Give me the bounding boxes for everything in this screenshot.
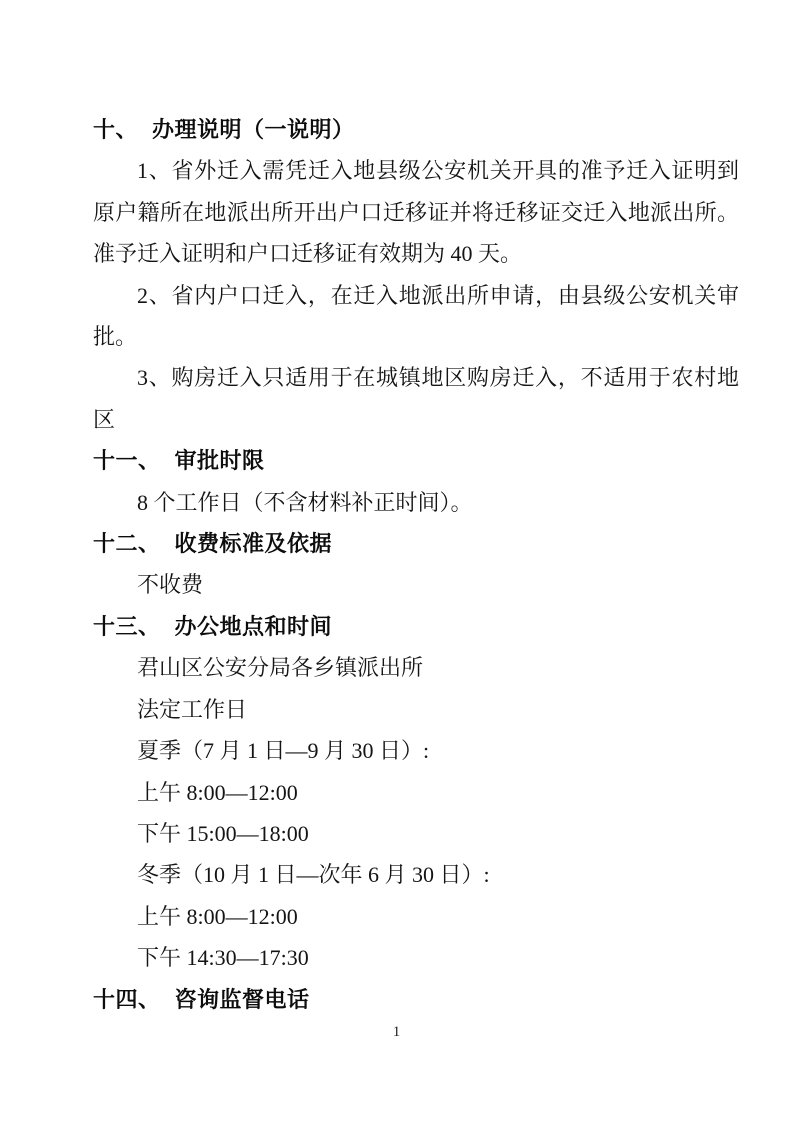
paragraph: 法定工作日 [93, 689, 739, 730]
section-heading-14: 十四、咨询监督电话 [93, 979, 739, 1020]
document-page: 十、办理说明（一说明） 1、省外迁入需凭迁入地县级公安机关开具的准予迁入证明到原… [0, 0, 793, 1122]
paragraph: 8 个工作日（不含材料补正时间）。 [93, 482, 739, 523]
paragraph: 2、省内户口迁入，在迁入地派出所申请，由县级公安机关审批。 [93, 275, 739, 358]
section-title: 收费标准及依据 [175, 531, 333, 556]
paragraph: 上午 8:00—12:00 [93, 896, 739, 937]
paragraph: 君山区公安分局各乡镇派出所 [93, 647, 739, 688]
paragraph: 夏季（7 月 1 日—9 月 30 日）: [93, 730, 739, 771]
section-title: 办公地点和时间 [175, 614, 333, 639]
section-number: 十、 [93, 117, 138, 142]
section-heading-13: 十三、办公地点和时间 [93, 606, 739, 647]
section-number: 十三、 [93, 614, 161, 639]
paragraph: 1、省外迁入需凭迁入地县级公安机关开具的准予迁入证明到原户籍所在地派出所开出户口… [93, 150, 739, 274]
section-heading-12: 十二、收费标准及依据 [93, 523, 739, 564]
paragraph: 3、购房迁入只适用于在城镇地区购房迁入，不适用于农村地区 [93, 357, 739, 440]
section-number: 十一、 [93, 448, 161, 473]
paragraph: 下午 15:00—18:00 [93, 813, 739, 854]
section-number: 十二、 [93, 531, 161, 556]
paragraph: 不收费 [93, 564, 739, 605]
document-content: 十、办理说明（一说明） 1、省外迁入需凭迁入地县级公安机关开具的准予迁入证明到原… [93, 109, 739, 1020]
paragraph: 下午 14:30—17:30 [93, 937, 739, 978]
paragraph: 冬季（10 月 1 日—次年 6 月 30 日）: [93, 854, 739, 895]
section-heading-10: 十、办理说明（一说明） [93, 109, 739, 150]
section-heading-11: 十一、审批时限 [93, 440, 739, 481]
section-number: 十四、 [93, 987, 161, 1012]
paragraph: 上午 8:00—12:00 [93, 772, 739, 813]
section-title: 办理说明（一说明） [152, 117, 355, 142]
section-title: 咨询监督电话 [175, 987, 310, 1012]
page-number: 1 [0, 1024, 793, 1041]
section-title: 审批时限 [175, 448, 265, 473]
